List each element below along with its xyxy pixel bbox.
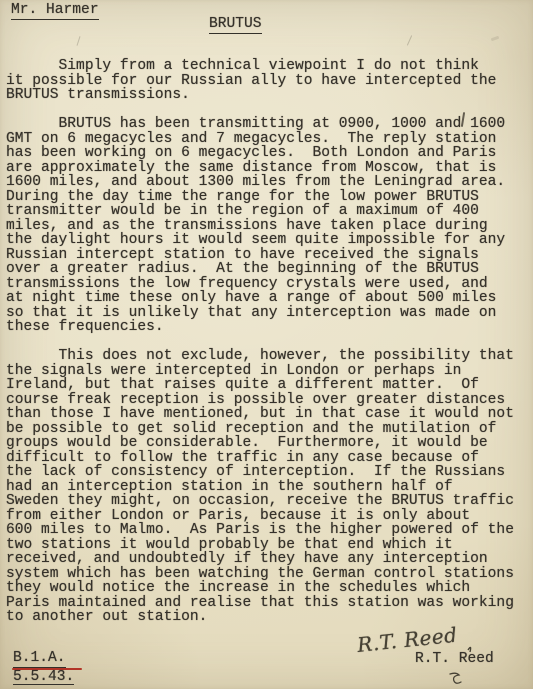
paragraph-3: This does not exclude, however, the poss… — [6, 349, 530, 625]
stray-ink-mark — [76, 36, 80, 46]
paragraph-2: BRUTUS has been transmitting at 0900, 10… — [6, 117, 530, 335]
stray-ink-mark — [407, 35, 413, 46]
document-title: BRUTUS — [209, 17, 262, 34]
signature-flourish-icon — [447, 671, 465, 686]
paper-smudge — [491, 36, 500, 42]
memo-page: Mr. Harmer BRUTUS Simply from a technica… — [0, 0, 533, 689]
flourish-stroke — [450, 673, 461, 683]
section-reference: B.1.A. — [13, 651, 66, 668]
paragraph-1: Simply from a technical viewpoint I do n… — [6, 59, 530, 103]
typed-signature: R.T. Reed — [415, 652, 494, 667]
date-line: 5.5.43. — [13, 670, 74, 686]
memo-body: Simply from a technical viewpoint I do n… — [6, 59, 530, 625]
recipient-line: Mr. Harmer — [11, 3, 99, 20]
